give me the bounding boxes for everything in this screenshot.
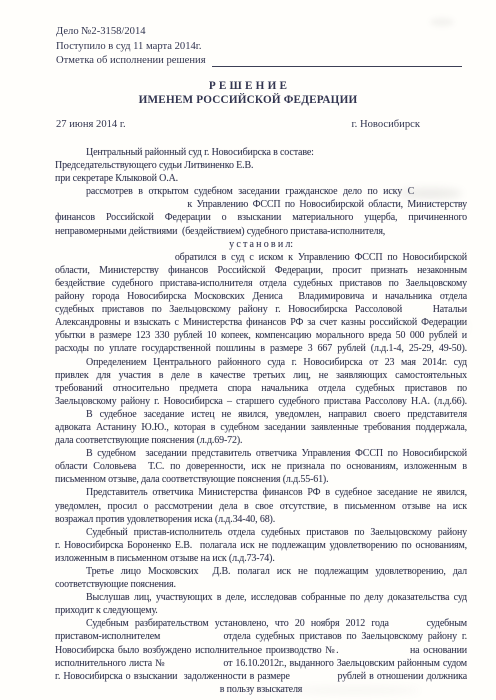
text-line: обратился в суд с иском к Управлению ФСС… xyxy=(55,251,467,264)
text-line: В судебное заседание истец не явился, ув… xyxy=(55,408,467,421)
text-line: Выслушав лиц, участвующих в деле, исслед… xyxy=(55,591,467,604)
text-line: к Управлению ФССП по Новосибирской облас… xyxy=(55,198,467,211)
document-page: Дело №2-3158/2014 Поступило в суд 11 мар… xyxy=(0,0,496,700)
text-line: приставом-исполнителем отдела судебных п… xyxy=(55,630,467,643)
text-line: соответствующие пояснения. xyxy=(55,578,467,591)
text-line: бездействие судебного пристава-исполните… xyxy=(55,277,467,290)
text-line: Судебным разбирательством установлено, ч… xyxy=(55,617,467,630)
text-line: исполнительного листа № от 16.10.2012г.,… xyxy=(55,657,467,670)
case-number: Дело №2-3158/2014 xyxy=(56,25,462,40)
decision-title-line2: ИМЕНЕМ РОССИЙСКОЙ ФЕДЕРАЦИИ xyxy=(0,94,496,108)
text-line: Новосибирска было возбуждено исполнитель… xyxy=(55,644,467,657)
text-line: расходы по уплате государственной пошлин… xyxy=(55,342,467,355)
text-line: Судебный пристав-исполнитель отдела суде… xyxy=(55,526,467,539)
text-line: Определением Центрального районного суда… xyxy=(55,356,467,369)
execution-note-label: Отметка об исполнении решения xyxy=(56,54,206,69)
decision-date: 27 июня 2014 г. xyxy=(56,119,126,130)
decision-title: Р Е Ш Е Н И Е ИМЕНЕМ РОССИЙСКОЙ ФЕДЕРАЦИ… xyxy=(0,80,496,107)
case-header: Дело №2-3158/2014 Поступило в суд 11 мар… xyxy=(56,25,462,69)
text-line: привлек для участия в деле в качестве тр… xyxy=(55,369,467,382)
text-line: судебных приставов по Заельцовскому райо… xyxy=(55,303,467,316)
fill-in-blank-line xyxy=(212,65,462,67)
text-line: убытки в размере 123 330 рублей 10 копее… xyxy=(55,329,467,342)
text-line: г. Новосибирска о взыскании задолженност… xyxy=(55,670,467,683)
text-line: изложенным в письменном отзыве на иск (л… xyxy=(55,552,467,565)
text-line: возражал против удовлетворения иска (л.д… xyxy=(55,513,467,526)
execution-note-line: Отметка об исполнении решения xyxy=(56,54,462,69)
text-line: рассмотрев в открытом судебном заседании… xyxy=(55,185,467,198)
text-line: Третье лицо Московских Д.В. полагал иск … xyxy=(55,565,467,578)
text-line: дала соответствующие пояснения (л.д.69-7… xyxy=(55,434,467,447)
text-line: уведомлен, просил о рассмотрении дела в … xyxy=(55,500,467,513)
text-line: финансов Российской Федерации о взыскани… xyxy=(55,211,467,224)
text-line: неправомерными действиями (бездействием)… xyxy=(55,225,467,238)
decision-title-line1: Р Е Ш Е Н И Е xyxy=(0,80,496,94)
received-date-line: Поступило в суд 11 марта 2014г. xyxy=(56,40,462,55)
text-line: при секретаре Клыковой О.А. xyxy=(55,172,467,185)
text-line: Представитель ответчика Министерства фин… xyxy=(55,486,467,499)
text-line: в пользу взыскателя xyxy=(55,683,467,696)
text-line: Заельцовскому району г. Новосибирска – с… xyxy=(55,395,467,408)
text-line: области Соловьева Т.С. по доверенности, … xyxy=(55,460,467,473)
text-line: требований относительно предмета спора н… xyxy=(55,382,467,395)
text-line: В судебном заседании представитель ответ… xyxy=(55,447,467,460)
text-line: Александровны и взыскать с Министерства … xyxy=(55,316,467,329)
date-city-line: 27 июня 2014 г. г. Новосибирск xyxy=(56,119,420,130)
text-line: адвоката Астанину Ю.Ю., которая в судебн… xyxy=(55,421,467,434)
text-line: области, Министерству финансов Российско… xyxy=(55,264,467,277)
text-line: Центральный районный суд г. Новосибирска… xyxy=(55,146,467,159)
text-line: приходит к следующему. xyxy=(55,604,467,617)
text-line: письменном отзыве, дала соответствующие … xyxy=(55,473,467,486)
text-line: району города Новосибирска Московских Де… xyxy=(55,290,467,303)
text-line: Председательствующего судьи Литвиненко Е… xyxy=(55,159,467,172)
text-line: у с т а н о в и л: xyxy=(55,238,467,251)
decision-city: г. Новосибирск xyxy=(352,119,420,130)
body-text: Центральный районный суд г. Новосибирска… xyxy=(55,146,467,696)
text-line: г. Новосибирска Бороненко Е.В. полагала … xyxy=(55,539,467,552)
